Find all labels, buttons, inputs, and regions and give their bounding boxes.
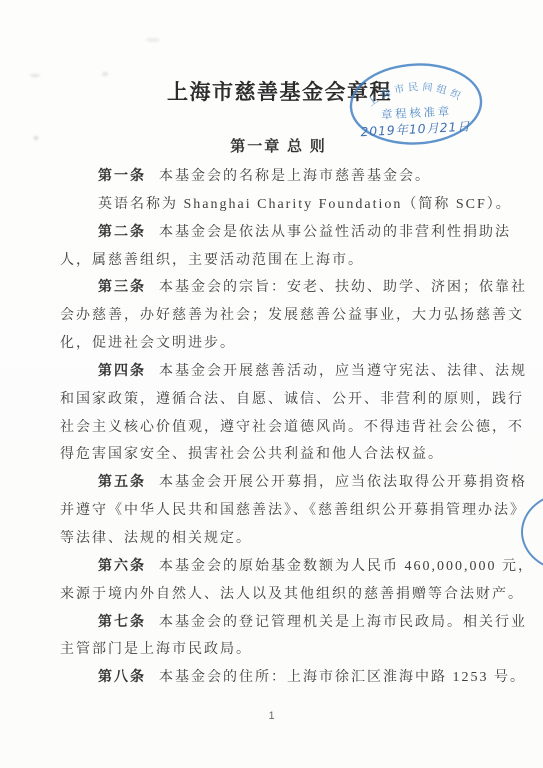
body-line: 得危害国家安全、损害社会公共利益和他人合法权益。 bbox=[60, 441, 507, 469]
body-line: 第一条本基金会的名称是上海市慈善基金会。 bbox=[60, 163, 507, 191]
scan-artifact bbox=[146, 38, 160, 42]
line-text: 本基金会开展慈善活动，应当遵守宪法、法律、法规 bbox=[159, 364, 527, 379]
article-label: 第六条 bbox=[98, 559, 146, 574]
body-line: 等法律、法规的相关规定。 bbox=[60, 525, 507, 553]
article-label: 第八条 bbox=[98, 670, 146, 685]
page-number: 1 bbox=[0, 710, 543, 722]
article-label: 第四条 bbox=[98, 364, 146, 379]
body-line: 来源于境内外自然人、法人以及其他组织的慈善捐赠等合法财产。 bbox=[60, 581, 507, 609]
body-line: 第八条本基金会的住所：上海市徐汇区淮海中路 1253 号。 bbox=[60, 664, 507, 692]
document-title: 上海市慈善基金会章程 bbox=[0, 76, 543, 106]
body-line: 英语名称为 Shanghai Charity Foundation（简称 SCF… bbox=[60, 191, 507, 219]
line-text: 英语名称为 Shanghai Charity Foundation（简称 SCF… bbox=[98, 197, 512, 212]
line-text: 本基金会的原始基金数额为人民币 460,000,000 元， bbox=[159, 559, 534, 574]
line-text: 本基金会的名称是上海市慈善基金会。 bbox=[159, 169, 431, 184]
body-line: 第二条本基金会是依法从事公益性活动的非营利性捐助法 bbox=[60, 219, 507, 247]
body-line: 第四条本基金会开展慈善活动，应当遵守宪法、法律、法规 bbox=[60, 358, 507, 386]
line-text: 人，属慈善组织，主要活动范围在上海市。 bbox=[60, 253, 364, 268]
article-label: 第五条 bbox=[98, 475, 146, 490]
stamp-seal-name: 章程核准章 bbox=[381, 104, 453, 122]
line-text: 化，促进社会文明进步。 bbox=[60, 336, 236, 351]
article-label: 第三条 bbox=[98, 280, 146, 295]
scanned-document-page: 上海市慈善基金会章程 上海市民间组织 章程核准章 2019年10月21日 第一章… bbox=[0, 0, 543, 768]
line-text: 本基金会的登记管理机关是上海市民政局。相关行业 bbox=[159, 615, 527, 630]
body-line: 人，属慈善组织，主要活动范围在上海市。 bbox=[60, 247, 507, 275]
chapter-heading: 第一章 总 则 bbox=[0, 135, 543, 156]
body-line: 第七条本基金会的登记管理机关是上海市民政局。相关行业 bbox=[60, 609, 507, 637]
line-text: 会办慈善，办好慈善为社会；发展慈善公益事业，大力弘扬慈善文 bbox=[60, 308, 524, 323]
line-text: 本基金会的宗旨：安老、扶幼、助学、济困；依靠社 bbox=[159, 280, 527, 295]
body-line: 社会主义核心价值观，遵守社会道德风尚。不得违背社会公德，不 bbox=[60, 414, 507, 442]
line-text: 主管部门是上海市民政局。 bbox=[60, 642, 252, 657]
line-text: 和国家政策，遵循合法、自愿、诚信、公开、非营利的原则，践行 bbox=[60, 392, 524, 407]
body-line: 第三条本基金会的宗旨：安老、扶幼、助学、济困；依靠社 bbox=[60, 274, 507, 302]
body-line: 化，促进社会文明进步。 bbox=[60, 330, 507, 358]
body-line: 第五条本基金会开展公开募捐，应当依法取得公开募捐资格 bbox=[60, 469, 507, 497]
line-text: 本基金会是依法从事公益性活动的非营利性捐助法 bbox=[159, 225, 511, 240]
line-text: 本基金会开展公开募捐，应当依法取得公开募捐资格 bbox=[159, 475, 527, 490]
line-text: 本基金会的住所：上海市徐汇区淮海中路 1253 号。 bbox=[159, 670, 526, 685]
charter-body: 第一条本基金会的名称是上海市慈善基金会。 英语名称为 Shanghai Char… bbox=[60, 163, 507, 692]
article-label: 第一条 bbox=[98, 169, 146, 184]
line-text: 来源于境内外自然人、法人以及其他组织的慈善捐赠等合法财产。 bbox=[60, 587, 524, 602]
line-text: 社会主义核心价值观，遵守社会道德风尚。不得违背社会公德，不 bbox=[60, 420, 524, 435]
line-text: 得危害国家安全、损害社会公共利益和他人合法权益。 bbox=[60, 447, 444, 462]
article-label: 第二条 bbox=[98, 225, 146, 240]
body-line: 和国家政策，遵循合法、自愿、诚信、公开、非营利的原则，践行 bbox=[60, 386, 507, 414]
body-line: 第六条本基金会的原始基金数额为人民币 460,000,000 元， bbox=[60, 553, 507, 581]
body-line: 会办慈善，办好慈善为社会；发展慈善公益事业，大力弘扬慈善文 bbox=[60, 302, 507, 330]
body-line: 并遵守《中华人民共和国慈善法》、《慈善组织公开募捐管理办法》 bbox=[60, 497, 507, 525]
line-text: 等法律、法规的相关规定。 bbox=[60, 531, 252, 546]
line-text: 并遵守《中华人民共和国慈善法》、《慈善组织公开募捐管理办法》 bbox=[60, 503, 526, 518]
article-label: 第七条 bbox=[98, 615, 146, 630]
body-line: 主管部门是上海市民政局。 bbox=[60, 636, 507, 664]
